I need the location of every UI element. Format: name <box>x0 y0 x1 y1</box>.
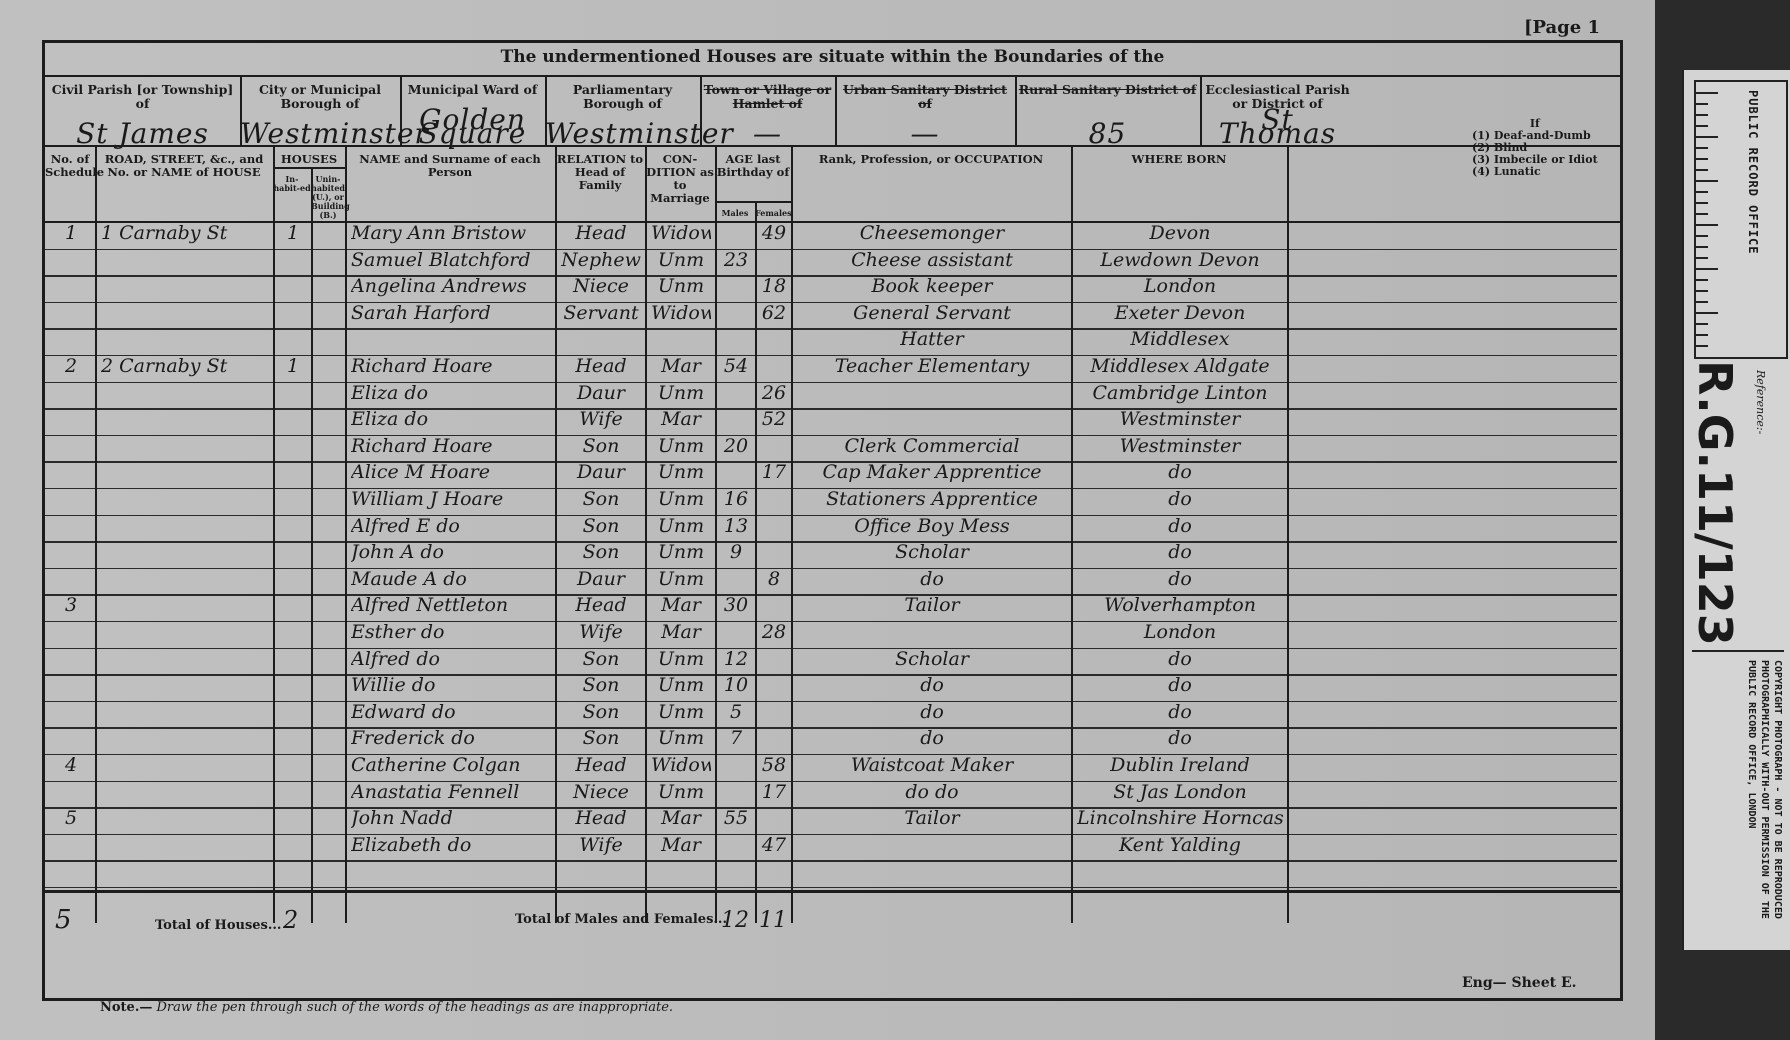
relation-cell: Son <box>561 671 641 700</box>
schedule-cell: 1 <box>51 219 91 248</box>
address-cell <box>101 405 269 434</box>
relation-cell: Niece <box>561 778 641 807</box>
ruler-tick <box>1696 301 1708 303</box>
inhabited-cell <box>279 778 307 807</box>
birthplace-cell: do <box>1077 485 1283 514</box>
schedule-cell <box>51 405 91 434</box>
column-header-schedule: No. of Schedule <box>45 147 95 221</box>
male-age-cell: 13 <box>721 512 751 541</box>
inhabited-cell <box>279 751 307 780</box>
address-cell <box>101 485 269 514</box>
male-age-cell <box>721 299 751 328</box>
birthplace-cell: do <box>1077 512 1283 541</box>
boundary-label: Rural Sanitary District of <box>1015 77 1200 97</box>
ruler-tick <box>1696 169 1708 171</box>
male-age-cell: 5 <box>721 698 751 727</box>
inhabited-cell <box>279 645 307 674</box>
address-cell <box>101 379 269 408</box>
condition-cell: Widow <box>651 299 711 328</box>
relation-cell: Wife <box>561 618 641 647</box>
birthplace-cell: Devon <box>1077 219 1283 248</box>
occupation-cell <box>797 831 1067 860</box>
female-age-cell: 52 <box>761 405 787 434</box>
address-cell <box>101 325 269 354</box>
condition-cell: Unm <box>651 698 711 727</box>
schedule-cell <box>51 246 91 275</box>
male-age-cell <box>721 565 751 594</box>
schedule-cell <box>51 538 91 567</box>
name-cell: Samuel Blatchford <box>351 246 551 275</box>
female-age-cell <box>761 671 787 700</box>
ruler-tick <box>1696 312 1718 314</box>
schedule-cell <box>51 299 91 328</box>
relation-cell: Daur <box>561 458 641 487</box>
male-age-cell: 23 <box>721 246 751 275</box>
form-note: Note.— Draw the pen through such of the … <box>100 1000 673 1015</box>
eng-sheet-label: Eng— Sheet E. <box>1462 975 1577 991</box>
birthplace-cell: London <box>1077 618 1283 647</box>
ruler-tick <box>1696 224 1718 226</box>
female-age-cell <box>761 698 787 727</box>
ruler-tick <box>1696 323 1708 325</box>
boundary-value: St Thomas <box>1200 113 1355 141</box>
condition-cell: Unm <box>651 724 711 753</box>
reference-number: R.G.11/123 <box>1688 360 1742 646</box>
occupation-cell: do <box>797 565 1067 594</box>
birthplace-cell: St Jas London <box>1077 778 1283 807</box>
address-cell <box>101 645 269 674</box>
inhabited-cell: 1 <box>279 219 307 248</box>
table-row <box>45 861 1617 888</box>
birthplace-cell: London <box>1077 272 1283 301</box>
column-header-relation: RELATION to Head of Family <box>555 147 645 221</box>
name-cell <box>351 325 551 354</box>
inhabited-cell: 1 <box>279 352 307 381</box>
ruler-tick <box>1696 103 1708 105</box>
female-age-cell: 49 <box>761 219 787 248</box>
male-age-cell <box>721 219 751 248</box>
name-cell: Eliza do <box>351 405 551 434</box>
name-cell: Willie do <box>351 671 551 700</box>
male-age-cell <box>721 325 751 354</box>
male-age-cell <box>721 857 751 886</box>
schedule-cell <box>51 698 91 727</box>
female-age-cell: 26 <box>761 379 787 408</box>
column-divider <box>1287 147 1289 923</box>
occupation-cell: Waistcoat Maker <box>797 751 1067 780</box>
relation-cell: Son <box>561 645 641 674</box>
census-sheet: [Page 1 The undermentioned Houses are si… <box>0 0 1655 1040</box>
census-form-frame: [Page 1 The undermentioned Houses are si… <box>42 40 1623 1001</box>
birthplace-cell: Middlesex Aldgate <box>1077 352 1283 381</box>
female-age-cell <box>761 485 787 514</box>
female-age-cell <box>761 645 787 674</box>
male-age-cell: 12 <box>721 645 751 674</box>
male-age-cell: 30 <box>721 591 751 620</box>
inhabited-cell <box>279 698 307 727</box>
inhabited-cell <box>279 724 307 753</box>
male-age-cell <box>721 379 751 408</box>
relation-cell: Son <box>561 724 641 753</box>
relation-cell: Head <box>561 804 641 833</box>
relation-cell: Head <box>561 591 641 620</box>
ruler-tick <box>1696 202 1708 204</box>
relation-cell <box>561 325 641 354</box>
address-cell <box>101 751 269 780</box>
condition-cell: Unm <box>651 272 711 301</box>
name-cell: Angelina Andrews <box>351 272 551 301</box>
occupation-cell: do do <box>797 778 1067 807</box>
column-divider <box>1071 147 1073 923</box>
birthplace-cell: Westminster <box>1077 432 1283 461</box>
boundary-field: Town or Village or Hamlet of— <box>700 77 837 145</box>
name-cell: Frederick do <box>351 724 551 753</box>
occupation-cell: Cheesemonger <box>797 219 1067 248</box>
boundary-value: Westminster <box>240 127 400 141</box>
name-cell: Mary Ann Bristow <box>351 219 551 248</box>
ruler-tick <box>1696 92 1718 94</box>
birthplace-cell: Lincolnshire Horncastle <box>1077 804 1283 833</box>
schedule-cell <box>51 671 91 700</box>
name-cell <box>351 857 551 886</box>
schedule-cell <box>51 831 91 860</box>
schedule-cell <box>51 645 91 674</box>
schedule-cell <box>51 458 91 487</box>
boundary-label: Town or Village or Hamlet of <box>700 77 835 111</box>
condition-cell: Unm <box>651 246 711 275</box>
birthplace-cell: Cambridge Linton <box>1077 379 1283 408</box>
occupation-cell: do <box>797 698 1067 727</box>
condition-cell <box>651 325 711 354</box>
male-age-cell: 10 <box>721 671 751 700</box>
female-age-cell: 17 <box>761 778 787 807</box>
row-rule <box>45 887 1617 889</box>
female-age-cell: 47 <box>761 831 787 860</box>
copyright-notice: COPYRIGHT PHOTOGRAPH - NOT TO BE REPRODU… <box>1692 650 1784 950</box>
condition-cell: Mar <box>651 618 711 647</box>
column-header-uninhabited: Unin-habited (U.), or Building (B.) <box>311 169 345 219</box>
inhabited-cell <box>279 565 307 594</box>
schedule-cell <box>51 379 91 408</box>
address-cell <box>101 299 269 328</box>
inhabited-cell <box>279 831 307 860</box>
relation-cell: Son <box>561 512 641 541</box>
inhabited-cell <box>279 804 307 833</box>
schedule-cell <box>51 432 91 461</box>
ruler-tick <box>1696 235 1708 237</box>
boundary-field: Civil Parish [or Township] ofSt James <box>45 77 242 145</box>
birthplace-cell: do <box>1077 671 1283 700</box>
ruler-tick <box>1696 147 1708 149</box>
female-age-cell: 18 <box>761 272 787 301</box>
boundary-value: — <box>835 127 1015 141</box>
relation-cell: Head <box>561 219 641 248</box>
female-age-cell <box>761 432 787 461</box>
record-office-label: PUBLIC RECORD OFFICE <box>1746 90 1760 255</box>
boundary-label: City or Municipal Borough of <box>240 77 400 111</box>
occupation-cell <box>797 379 1067 408</box>
address-cell <box>101 724 269 753</box>
column-divider <box>645 147 647 923</box>
inhabited-cell <box>279 671 307 700</box>
total-persons-label: Total of Males and Females... <box>515 912 727 927</box>
birthplace-cell: do <box>1077 565 1283 594</box>
occupation-cell <box>797 618 1067 647</box>
boundary-label: Urban Sanitary District of <box>835 77 1015 111</box>
address-cell <box>101 618 269 647</box>
boundary-field: Urban Sanitary District of— <box>835 77 1017 145</box>
inhabited-cell <box>279 246 307 275</box>
ruler-tick <box>1696 114 1708 116</box>
relation-cell: Son <box>561 485 641 514</box>
male-age-cell: 54 <box>721 352 751 381</box>
schedule-cell <box>51 857 91 886</box>
address-cell <box>101 565 269 594</box>
boundary-field: Municipal Ward ofGolden Square <box>400 77 547 145</box>
name-cell: Elizabeth do <box>351 831 551 860</box>
inhabited-cell <box>279 299 307 328</box>
divider <box>273 167 345 169</box>
page-label: [Page 1 <box>1524 17 1600 38</box>
female-age-cell <box>761 538 787 567</box>
column-header-inhabited: In-habit-ed <box>273 169 311 219</box>
condition-cell: Unm <box>651 538 711 567</box>
female-age-cell <box>761 246 787 275</box>
column-divider <box>273 147 275 923</box>
address-cell <box>101 512 269 541</box>
condition-cell: Unm <box>651 645 711 674</box>
boundary-field: Rural Sanitary District of85 <box>1015 77 1202 145</box>
birthplace-cell: do <box>1077 724 1283 753</box>
ruler-tick <box>1696 345 1708 347</box>
birthplace-cell: do <box>1077 458 1283 487</box>
birthplace-cell: Dublin Ireland <box>1077 751 1283 780</box>
name-cell: John Nadd <box>351 804 551 833</box>
schedule-cell <box>51 618 91 647</box>
relation-cell: Son <box>561 538 641 567</box>
condition-cell: Unm <box>651 379 711 408</box>
condition-cell: Unm <box>651 485 711 514</box>
name-cell: Esther do <box>351 618 551 647</box>
occupation-cell: Cheese assistant <box>797 246 1067 275</box>
address-cell <box>101 831 269 860</box>
boundary-field: Parliamentary Borough ofWestminster <box>545 77 702 145</box>
occupation-cell: Cap Maker Apprentice <box>797 458 1067 487</box>
inhabited-cell <box>279 538 307 567</box>
occupation-cell: Scholar <box>797 645 1067 674</box>
condition-cell: Unm <box>651 512 711 541</box>
name-cell: Anastatia Fennell <box>351 778 551 807</box>
inhabited-cell <box>279 857 307 886</box>
name-cell: Edward do <box>351 698 551 727</box>
birthplace-cell: Westminster <box>1077 405 1283 434</box>
birthplace-cell: Wolverhampton <box>1077 591 1283 620</box>
occupation-cell: Tailor <box>797 804 1067 833</box>
birthplace-cell: Lewdown Devon <box>1077 246 1283 275</box>
column-divider <box>755 201 757 923</box>
relation-cell: Son <box>561 432 641 461</box>
condition-cell: Mar <box>651 804 711 833</box>
inhabited-cell <box>279 325 307 354</box>
name-cell: Catherine Colgan <box>351 751 551 780</box>
schedule-cell <box>51 485 91 514</box>
occupation-cell: Office Boy Mess <box>797 512 1067 541</box>
address-cell <box>101 246 269 275</box>
boundary-field: Ecclesiastical Parish or District ofSt T… <box>1200 77 1355 145</box>
address-cell <box>101 432 269 461</box>
occupation-cell <box>797 405 1067 434</box>
female-age-cell: 62 <box>761 299 787 328</box>
occupation-cell: Book keeper <box>797 272 1067 301</box>
ruler-tick <box>1696 246 1708 248</box>
male-age-cell: 9 <box>721 538 751 567</box>
boundary-field: City or Municipal Borough ofWestminster <box>240 77 402 145</box>
column-header-condition: CON-DITION as to Marriage <box>645 147 715 221</box>
occupation-cell: Hatter <box>797 325 1067 354</box>
male-age-cell <box>721 458 751 487</box>
schedule-cell: 2 <box>51 352 91 381</box>
column-divider <box>715 147 717 923</box>
schedule-cell: 4 <box>51 751 91 780</box>
condition-cell: Widow <box>651 219 711 248</box>
inhabited-cell <box>279 458 307 487</box>
male-age-cell <box>721 831 751 860</box>
female-age-cell <box>761 512 787 541</box>
total-males: 12 <box>717 906 753 935</box>
address-cell <box>101 857 269 886</box>
schedule-cell <box>51 565 91 594</box>
name-cell: William J Hoare <box>351 485 551 514</box>
ruler-tick <box>1696 279 1708 281</box>
occupation-cell: do <box>797 671 1067 700</box>
female-age-cell <box>761 325 787 354</box>
occupation-cell <box>797 857 1067 886</box>
total-females: 11 <box>757 906 789 935</box>
address-cell <box>101 458 269 487</box>
ruler-tick <box>1696 268 1718 270</box>
birthplace-cell: Kent Yalding <box>1077 831 1283 860</box>
address-cell <box>101 272 269 301</box>
address-cell: 1 Carnaby St <box>101 219 269 248</box>
relation-cell: Niece <box>561 272 641 301</box>
male-age-cell: 7 <box>721 724 751 753</box>
scale-ruler <box>1694 80 1788 359</box>
condition-cell: Mar <box>651 831 711 860</box>
divider <box>715 201 791 203</box>
name-cell: Alfred Nettleton <box>351 591 551 620</box>
name-cell: John A do <box>351 538 551 567</box>
footer-rule <box>45 890 1620 893</box>
condition-cell: Unm <box>651 432 711 461</box>
name-cell: Richard Hoare <box>351 352 551 381</box>
male-age-cell <box>721 272 751 301</box>
condition-cell: Unm <box>651 671 711 700</box>
column-header-houses: HOUSES <box>273 147 345 167</box>
column-divider <box>311 167 313 923</box>
schedule-cell <box>51 272 91 301</box>
male-age-cell: 20 <box>721 432 751 461</box>
schedule-cell <box>51 325 91 354</box>
occupation-cell: Teacher Elementary <box>797 352 1067 381</box>
occupation-cell: Stationers Apprentice <box>797 485 1067 514</box>
female-age-cell: 17 <box>761 458 787 487</box>
male-age-cell: 55 <box>721 804 751 833</box>
birthplace-cell: Middlesex <box>1077 325 1283 354</box>
male-age-cell <box>721 778 751 807</box>
name-cell: Sarah Harford <box>351 299 551 328</box>
male-age-cell <box>721 618 751 647</box>
address-cell <box>101 804 269 833</box>
boundary-value: Westminster <box>545 127 700 141</box>
condition-cell <box>651 857 711 886</box>
female-age-cell <box>761 724 787 753</box>
occupation-cell: Tailor <box>797 591 1067 620</box>
address-cell <box>101 698 269 727</box>
schedule-cell <box>51 512 91 541</box>
condition-cell: Widow <box>651 751 711 780</box>
address-cell <box>101 538 269 567</box>
ruler-tick <box>1696 334 1708 336</box>
occupation-cell: Scholar <box>797 538 1067 567</box>
boundary-label: Parliamentary Borough of <box>545 77 700 111</box>
ruler-tick <box>1696 191 1708 193</box>
condition-cell: Unm <box>651 565 711 594</box>
relation-cell: Daur <box>561 565 641 594</box>
female-age-cell: 28 <box>761 618 787 647</box>
relation-cell <box>561 857 641 886</box>
birthplace-cell: do <box>1077 538 1283 567</box>
occupation-cell: General Servant <box>797 299 1067 328</box>
address-cell <box>101 671 269 700</box>
name-cell: Alice M Hoare <box>351 458 551 487</box>
schedule-total: 5 <box>55 906 72 935</box>
column-divider <box>791 147 793 923</box>
column-divider <box>95 147 97 923</box>
male-age-cell <box>721 751 751 780</box>
address-cell: 2 Carnaby St <box>101 352 269 381</box>
form-title: The undermentioned Houses are situate wi… <box>45 47 1620 67</box>
birthplace-cell <box>1077 857 1283 886</box>
boundary-value: — <box>700 127 835 141</box>
column-header-occupation: Rank, Profession, or OCCUPATION <box>791 147 1071 221</box>
female-age-cell <box>761 352 787 381</box>
relation-cell: Head <box>561 751 641 780</box>
reference-card: PUBLIC RECORD OFFICE Reference:- R.G.11/… <box>1682 70 1790 950</box>
male-age-cell: 16 <box>721 485 751 514</box>
relation-cell: Head <box>561 352 641 381</box>
ruler-tick <box>1696 257 1708 259</box>
female-age-cell <box>761 591 787 620</box>
inhabited-cell <box>279 405 307 434</box>
relation-cell: Servant <box>561 299 641 328</box>
female-age-cell: 8 <box>761 565 787 594</box>
boundary-value: 85 <box>1015 127 1200 141</box>
boundary-value: Golden Square <box>400 113 545 141</box>
schedule-cell <box>51 778 91 807</box>
inhabited-cell <box>279 485 307 514</box>
female-age-cell <box>761 804 787 833</box>
inhabited-cell <box>279 432 307 461</box>
ruler-tick <box>1696 213 1708 215</box>
ruler-tick <box>1696 158 1708 160</box>
relation-cell: Wife <box>561 831 641 860</box>
inhabited-cell <box>279 272 307 301</box>
occupation-cell: Clerk Commercial <box>797 432 1067 461</box>
inhabited-cell <box>279 379 307 408</box>
condition-cell: Mar <box>651 591 711 620</box>
name-cell: Maude A do <box>351 565 551 594</box>
birthplace-cell: do <box>1077 645 1283 674</box>
